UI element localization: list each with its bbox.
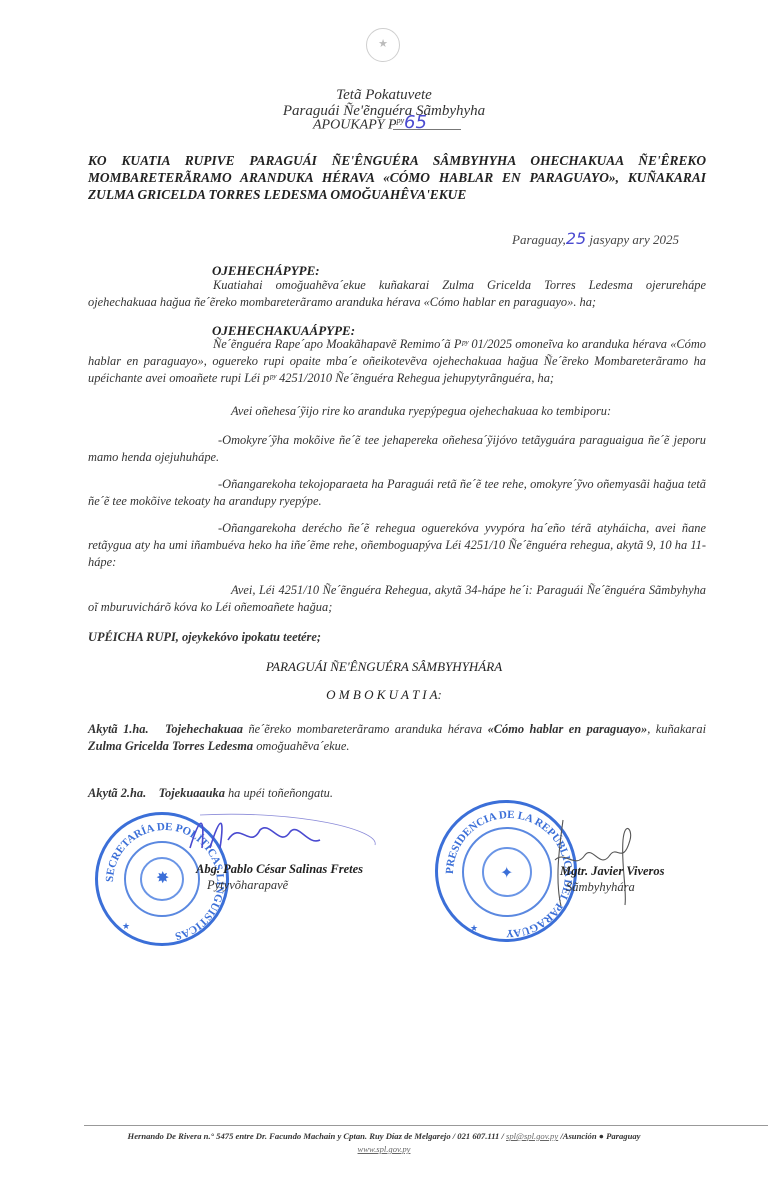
article-2-text: ha upéi toñeñongatu. [225, 786, 333, 800]
apoukapy-label: APOUKAPY Ppy [313, 116, 404, 134]
signatory-1-name: Abg. Pablo César Salinas Fretes [196, 862, 363, 877]
footer-website-line: www.spl.gov.py [0, 1144, 768, 1154]
signatory-1-role: Pytyvõharapavẽ [207, 878, 288, 893]
star-icon: ✸ [156, 868, 169, 888]
paragraph-avei-1: Avei oñehesa´ỹijo rire ko aranduka ryepý… [88, 403, 706, 420]
footer-city: /Asunción ● Paraguay [558, 1131, 640, 1141]
star-small-icon-2: ★ [470, 923, 478, 934]
date-day: 25 [566, 229, 586, 248]
list-item-3: -Oñangarekoha derécho ñe´ẽ rehegua oguer… [88, 520, 706, 571]
signatory-2-name: Mgtr. Javier Viveros [560, 864, 665, 879]
article-1-text-3: omoğuahẽva´ekue. [253, 739, 349, 753]
article-1-text-2: , kuñakarai [647, 722, 706, 736]
date-line: Paraguay,25 jasyapy ary 2025 [512, 229, 679, 248]
signature-left [180, 810, 380, 855]
document-title: KO KUATIA RUPIVE PARAGUÁI ÑE'ÊNGUÉRA SÂM… [88, 152, 706, 203]
article-1: Akytã 1.ha. Tojehechakuaa ñe´ẽreko momba… [88, 721, 706, 755]
list-item-2: -Oñangarekoha tekojoparaeta ha Paraguái … [88, 476, 706, 510]
resolution-number: 65 [404, 112, 427, 133]
date-month-year: jasyapy ary 2025 [589, 232, 679, 247]
paragraph-avei-2: Avei, Léi 4251/10 Ñe´ẽnguéra Rehegua, ak… [88, 582, 706, 616]
article-2-verb: Tojekuaauka [159, 786, 225, 800]
header-line-1: Tetã Pokatuvete [0, 87, 768, 104]
signatory-2-role: Sãmbyhyhára [566, 880, 635, 895]
article-2-label: Akytã 2.ha. [88, 786, 146, 800]
upeicha-bold: UPÉICHA RUPI, [88, 630, 179, 644]
signature-right [545, 810, 645, 910]
footer-email-link[interactable]: spl@spl.gov.py [506, 1131, 558, 1141]
footer-divider [84, 1125, 768, 1126]
star-small-icon: ★ [122, 921, 130, 932]
article-1-text-1: ñe´ẽreko mombareterãramo aranduka hérava [243, 722, 488, 736]
list-item-1: -Omokyre´ỹha mokõive ñe´ẽ tee jehapereka… [88, 432, 706, 466]
article-1-book: «Cómo hablar en paraguayo» [488, 722, 648, 736]
paragraph-ojehechapype: Kuatiahai omoğuahẽva´ekue kuñakarai Zulm… [88, 277, 706, 311]
footer-address: Hernando De Rivera n.° 5475 entre Dr. Fa… [0, 1131, 768, 1141]
upeicha-rest: ojeykekóvo ipokatu teetére; [179, 630, 321, 644]
footer-address-text: Hernando De Rivera n.° 5475 entre Dr. Fa… [128, 1131, 507, 1141]
paragraph-ojehechakuaapype: Ñe´ẽnguéra Rape´apo Moakãhapavẽ Remimo´ã… [88, 336, 706, 387]
article-1-verb: Tojehechakuaa [165, 722, 243, 736]
article-2: Akytã 2.ha. Tojekuaauka ha upéi toñeñong… [88, 785, 706, 802]
ombokuatia-heading: O M B O K U A T I A: [0, 687, 768, 703]
article-1-person: Zulma Gricelda Torres Ledesma [88, 739, 253, 753]
article-1-label: Akytã 1.ha. [88, 722, 149, 736]
date-place: Paraguay, [512, 232, 566, 247]
authority-heading: PARAGUÁI ÑE'ÊNGUÉRA SÂMBYHYHÁRA [0, 659, 768, 675]
footer-website-link[interactable]: www.spl.gov.py [358, 1144, 411, 1154]
star-icon-2: ✦ [500, 863, 513, 883]
coat-of-arms-seal-icon [366, 28, 400, 62]
upeicha-rupi-line: UPÉICHA RUPI, ojeykekóvo ipokatu teetére… [88, 629, 706, 646]
apoukapy-text: APOUKAPY P [313, 118, 397, 133]
